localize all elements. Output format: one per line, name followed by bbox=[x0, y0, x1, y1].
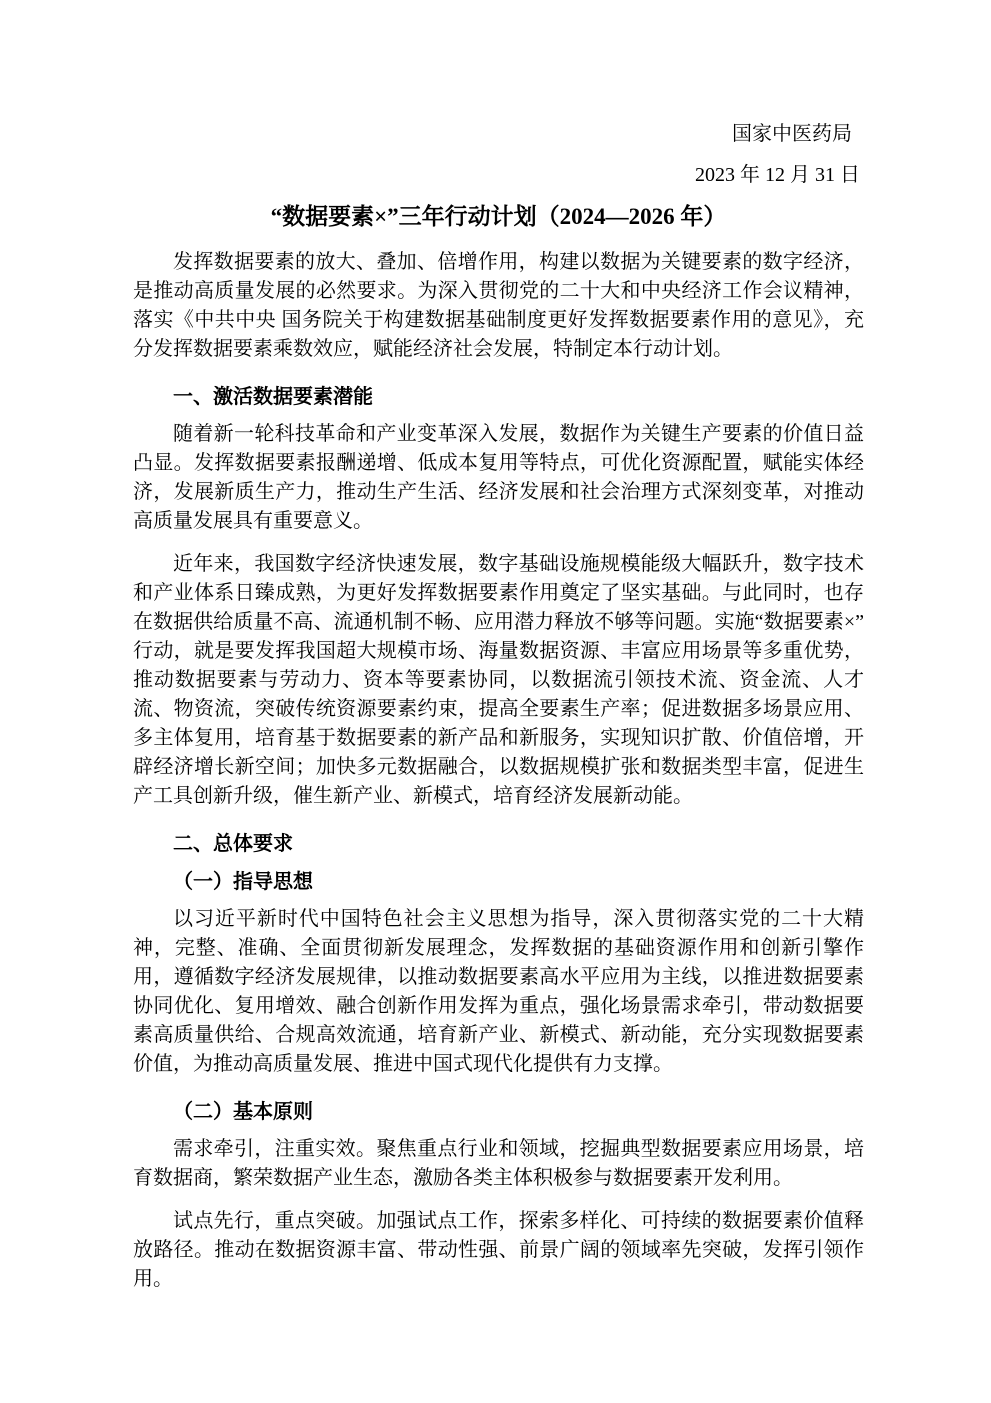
paragraph-intro: 发挥数据要素的放大、叠加、倍增作用，构建以数据为关键要素的数字经济，是推动高质量… bbox=[133, 248, 864, 364]
document-title: “数据要素×”三年行动计划（2024—2026 年） bbox=[133, 200, 864, 234]
date-line: 2023 年 12 月 31 日 bbox=[133, 162, 864, 188]
section-heading-2: 二、总体要求 bbox=[133, 830, 864, 859]
paragraph: 需求牵引，注重实效。聚焦重点行业和领域，挖掘典型数据要素应用场景，培育数据商，繁… bbox=[133, 1135, 864, 1193]
paragraph: 试点先行，重点突破。加强试点工作，探索多样化、可持续的数据要素价值释放路径。推动… bbox=[133, 1207, 864, 1294]
section-heading-1: 一、激活数据要素潜能 bbox=[133, 383, 864, 412]
issuer-line: 国家中医药局 bbox=[133, 122, 864, 146]
document-body: 发挥数据要素的放大、叠加、倍增作用，构建以数据为关键要素的数字经济，是推动高质量… bbox=[133, 248, 864, 1294]
paragraph: 近年来，我国数字经济快速发展，数字基础设施规模能级大幅跃升，数字技术和产业体系日… bbox=[133, 550, 864, 811]
paragraph: 以习近平新时代中国特色社会主义思想为指导，深入贯彻落实党的二十大精神，完整、准确… bbox=[133, 905, 864, 1079]
subsection-heading-guiding-ideology: （一）指导思想 bbox=[133, 868, 864, 897]
document-page: 国家中医药局 2023 年 12 月 31 日 “数据要素×”三年行动计划（20… bbox=[0, 0, 991, 1403]
subsection-heading-basic-principles: （二）基本原则 bbox=[133, 1098, 864, 1127]
paragraph: 随着新一轮科技革命和产业变革深入发展，数据作为关键生产要素的价值日益凸显。发挥数… bbox=[133, 420, 864, 536]
